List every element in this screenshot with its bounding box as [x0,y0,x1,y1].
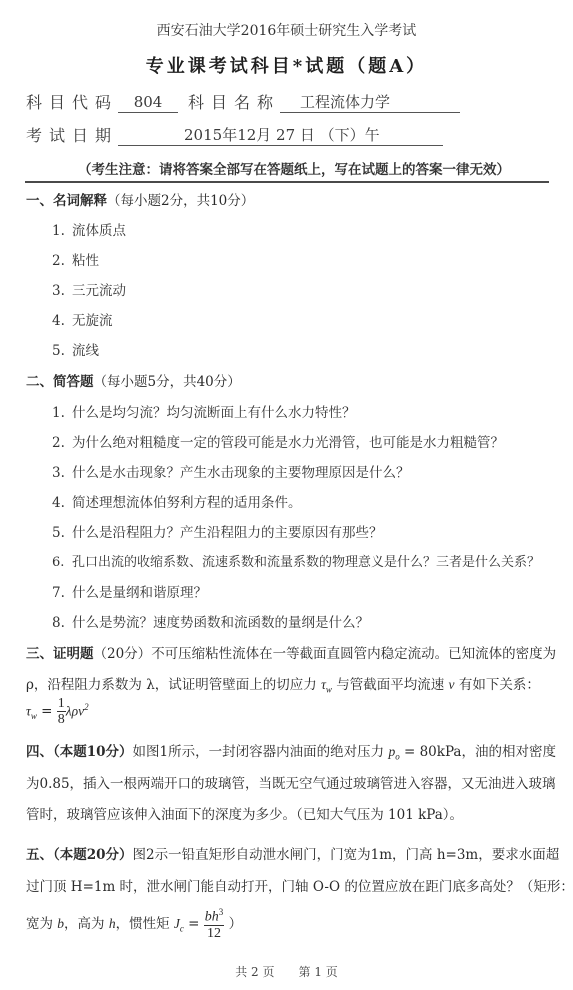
exam-date-label: 考试日期 [26,123,118,146]
section-4-line-2: 为0.85，插入一根两端开口的玻璃管，当既无空气通过玻璃管进入容器，又无油进入玻… [26,772,550,792]
exam-date-field: 2015年12月 27 日 （下）午 [118,124,443,146]
list-item: 2.粘性 [52,249,99,269]
exam-date-row: 考试日期 2015年12月 27 日 （下）午 [26,123,443,146]
list-item: 7.什么是量纲和谐原理？ [52,581,207,601]
list-item: 6.孔口出流的收缩系数、流速系数和流量系数的物理意义是什么？三者是什么关系？ [52,551,540,570]
exam-title: 专业课考试科目*试题（题A） [0,52,573,78]
list-item: 4.无旋流 [52,309,113,329]
list-item: 5.流线 [52,339,99,359]
header-divider [25,181,549,183]
section-5-title: 五、（本题20分） [26,847,133,863]
section-2-score: （每小题5分，共40分） [94,374,241,390]
list-item: 3.三元流动 [52,279,126,299]
section-2-heading: 二、简答题（每小题5分，共40分） [26,370,241,390]
list-item: 2.为什么绝对粗糙度一定的管段可能是水力光滑管，也可能是水力粗糙管？ [52,431,504,451]
section-1-score: （每小题2分，共10分） [107,193,254,209]
subject-name-field: 工程流体力学 [280,91,460,113]
section-2-title: 二、简答题 [26,374,94,390]
section-4-title: 四、（本题10分） [26,744,133,760]
subject-code-field: 804 [118,91,178,113]
section-3-line-2: ρ，沿程阻力系数为 λ，试证明管壁面上的切应力 τw 与管截面平均流速 v 有如… [26,673,550,695]
current-page: 第 1 页 [299,965,338,979]
fraction-one-eighth: 18 [57,697,66,727]
subject-row: 科目代码 804 科目名称 工程流体力学 [26,90,460,113]
section-4-line-3: 管时，玻璃管应该伸入油面下的深度为多少。（已知大气压为 101 kPa）。 [26,803,550,823]
section-3-line-1: 三、证明题（20分）不可压缩粘性流体在一等截面直圆管内稳定流动。已知流体的密度为 [26,642,550,662]
section-3-title: 三、证明题 [26,646,94,662]
list-item: 3.什么是水击现象？产生水击现象的主要物理原因是什么？ [52,461,410,481]
section-5-line-2: 过门顶 H=1m 时，泄水闸门能自动打开，门轴 O-O 的位置应放在距门底多高处… [26,875,550,895]
list-item: 5.什么是沿程阻力？产生沿程阻力的主要原因有那些？ [52,521,383,541]
list-item: 1.什么是均匀流？均匀流断面上有什么水力特性？ [52,401,356,421]
list-item: 4.简述理想流体伯努利方程的适用条件。 [52,491,302,511]
subject-name-label: 科目名称 [188,90,280,113]
list-item: 1.流体质点 [52,219,126,239]
section-1-title: 一、名词解释 [26,193,107,209]
list-item: 8.什么是势流？速度势函数和流函数的量纲是什么？ [52,611,369,631]
exam-notice: （考生注意：请将答案全部写在答题纸上，写在试题上的答案一律无效） [78,158,510,178]
shear-stress-formula: τw = 18λρv2 [26,697,550,727]
section-4-line-1: 四、（本题10分）如图1所示，一封闭容器内油面的绝对压力 po = 80kPa，… [26,740,550,762]
section-1-heading: 一、名词解释（每小题2分，共10分） [26,189,254,209]
inertia-moment-fraction: bh312 [204,908,225,941]
section-5-line-1: 五、（本题20分）图2示一铅直矩形自动泄水闸门，门宽为1m，门高 h=3m，要求… [26,843,550,863]
university-title: 西安石油大学2016年硕士研究生入学考试 [0,20,573,40]
section-5-line-3: 宽为 b，高为 h，惯性矩 Jc = bh312 ） [26,908,550,941]
subject-code-label: 科目代码 [26,90,118,113]
total-pages: 共 2 页 [235,965,274,979]
page-footer: 共 2 页第 1 页 [0,963,573,980]
